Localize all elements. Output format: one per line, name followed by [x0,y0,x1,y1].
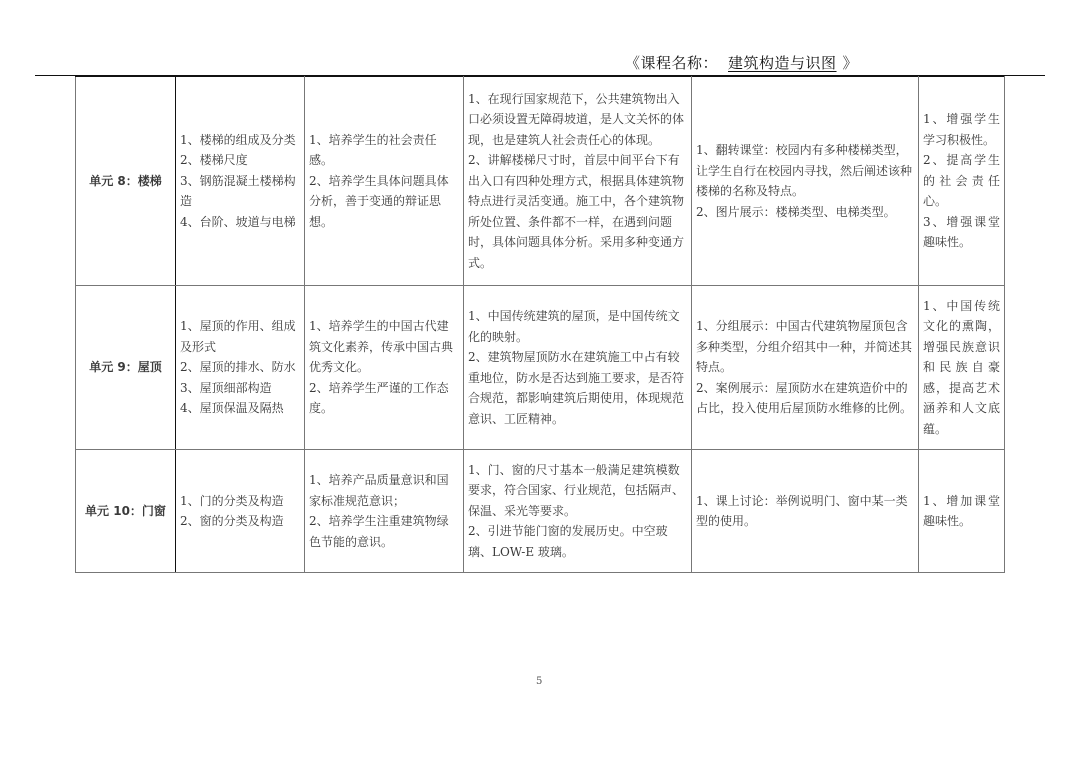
list-item: 1、课上讨论：举例说明门、窗中某一类型的使用。 [696,491,914,532]
list-item: 1、分组展示：中国古代建筑物屋顶包含多种类型，分组介绍其中一种，并简述其特点。 [696,316,914,378]
list-item: 2、案例展示：屋顶防水在建筑造价中的占比，投入使用后屋顶防水维修的比例。 [696,378,914,419]
list-item: 1、屋顶的作用、组成及形式 [180,316,300,357]
list-item: 2、屋顶的排水、防水 [180,357,300,378]
course-title-suffix: 》 [843,54,859,72]
list-item: 1、楼梯的组成及分类 [180,130,300,151]
table-row: 单元 9：屋顶 1、屋顶的作用、组成及形式 2、屋顶的排水、防水 3、屋顶细部构… [76,286,1005,450]
list-item: 1、培养学生的中国古代建筑文化素养，传承中国古典优秀文化。 [309,316,459,378]
unit-title: 单元 8：楼梯 [76,77,176,286]
list-item: 1、在现行国家规范下，公共建筑物出入口必须设置无障碍坡道，是人文关怀的体现，也是… [468,89,687,151]
list-item: 3、屋顶细部构造 [180,378,300,399]
course-title: 《课程名称：建筑构造与识图》 [625,52,858,73]
integration-points-cell: 1、中国传统建筑的屋顶，是中国传统文化的映射。 2、建筑物屋顶防水在建筑施工中占… [464,286,692,450]
list-item: 1、门、窗的尺寸基本一般满足建筑模数要求，符合国家、行业规范，包括隔声、保温、采… [468,460,687,522]
teaching-methods-cell: 1、分组展示：中国古代建筑物屋顶包含多种类型，分组介绍其中一种，并简述其特点。 … [692,286,919,450]
page-number: 5 [536,676,542,687]
integration-points-cell: 1、门、窗的尺寸基本一般满足建筑模数要求，符合国家、行业规范，包括隔声、保温、采… [464,450,692,573]
list-item: 1、中国传统建筑的屋顶，是中国传统文化的映射。 [468,306,687,347]
list-item: 1、中国传统文化的熏陶，增强民族意识和民族自豪感，提高艺术涵养和人文底蕴。 [923,296,1000,440]
list-item: 4、屋顶保温及隔热 [180,398,300,419]
list-item: 1、翻转课堂：校园内有多种楼梯类型，让学生自行在校园内寻找，然后阐述该种楼梯的名… [696,140,914,202]
teaching-content-cell: 1、屋顶的作用、组成及形式 2、屋顶的排水、防水 3、屋顶细部构造 4、屋顶保温… [176,286,305,450]
list-item: 2、培养学生严谨的工作态度。 [309,378,459,419]
list-item: 2、窗的分类及构造 [180,511,300,532]
teaching-content-cell: 1、门的分类及构造 2、窗的分类及构造 [176,450,305,573]
list-item: 1、培养学生的社会责任感。 [309,130,459,171]
table-row: 单元 10：门窗 1、门的分类及构造 2、窗的分类及构造 1、培养产品质量意识和… [76,450,1005,573]
course-plan-table: 单元 8：楼梯 1、楼梯的组成及分类 2、楼梯尺度 3、钢筋混凝土楼梯构造 4、… [75,76,1005,573]
list-item: 3、钢筋混凝土楼梯构造 [180,171,300,212]
list-item: 1、门的分类及构造 [180,491,300,512]
ideological-goals-cell: 1、培养产品质量意识和国家标准规范意识； 2、培养学生注重建筑物绿色节能的意识。 [305,450,464,573]
list-item: 2、培养学生具体问题具体分析，善于变通的辩证思想。 [309,171,459,233]
list-item: 1、培养产品质量意识和国家标准规范意识； [309,470,459,511]
ideological-goals-cell: 1、培养学生的中国古代建筑文化素养，传承中国古典优秀文化。 2、培养学生严谨的工… [305,286,464,450]
list-item: 2、讲解楼梯尺寸时，首层中间平台下有出入口有四种处理方式，根据具体建筑物特点进行… [468,150,687,273]
list-item: 2、图片展示：楼梯类型、电梯类型。 [696,202,914,223]
teaching-content-cell: 1、楼梯的组成及分类 2、楼梯尺度 3、钢筋混凝土楼梯构造 4、台阶、坡道与电梯 [176,77,305,286]
unit-title: 单元 10：门窗 [76,450,176,573]
teaching-methods-cell: 1、翻转课堂：校园内有多种楼梯类型，让学生自行在校园内寻找，然后阐述该种楼梯的名… [692,77,919,286]
expected-effects-cell: 1、增加课堂趣味性。 [919,450,1005,573]
list-item: 2、楼梯尺度 [180,150,300,171]
integration-points-cell: 1、在现行国家规范下，公共建筑物出入口必须设置无障碍坡道，是人文关怀的体现，也是… [464,77,692,286]
list-item: 1、增强学生学习积极性。 [923,109,1000,150]
teaching-methods-cell: 1、课上讨论：举例说明门、窗中某一类型的使用。 [692,450,919,573]
table-row: 单元 8：楼梯 1、楼梯的组成及分类 2、楼梯尺度 3、钢筋混凝土楼梯构造 4、… [76,77,1005,286]
course-title-prefix: 《课程名称： [625,54,718,72]
ideological-goals-cell: 1、培养学生的社会责任感。 2、培养学生具体问题具体分析，善于变通的辩证思想。 [305,77,464,286]
list-item: 2、培养学生注重建筑物绿色节能的意识。 [309,511,459,552]
course-name: 建筑构造与识图 [718,54,843,72]
list-item: 4、台阶、坡道与电梯 [180,212,300,233]
list-item: 2、引进节能门窗的发展历史。中空玻璃、LOW-E 玻璃。 [468,521,687,562]
expected-effects-cell: 1、中国传统文化的熏陶，增强民族意识和民族自豪感，提高艺术涵养和人文底蕴。 [919,286,1005,450]
list-item: 2、提高学生的社会责任心。 [923,150,1000,212]
list-item: 2、建筑物屋顶防水在建筑施工中占有较重地位，防水是否达到施工要求，是否符合规范，… [468,347,687,429]
expected-effects-cell: 1、增强学生学习积极性。 2、提高学生的社会责任心。 3、增强课堂趣味性。 [919,77,1005,286]
list-item: 1、增加课堂趣味性。 [923,491,1000,532]
unit-title: 单元 9：屋顶 [76,286,176,450]
list-item: 3、增强课堂趣味性。 [923,212,1000,253]
